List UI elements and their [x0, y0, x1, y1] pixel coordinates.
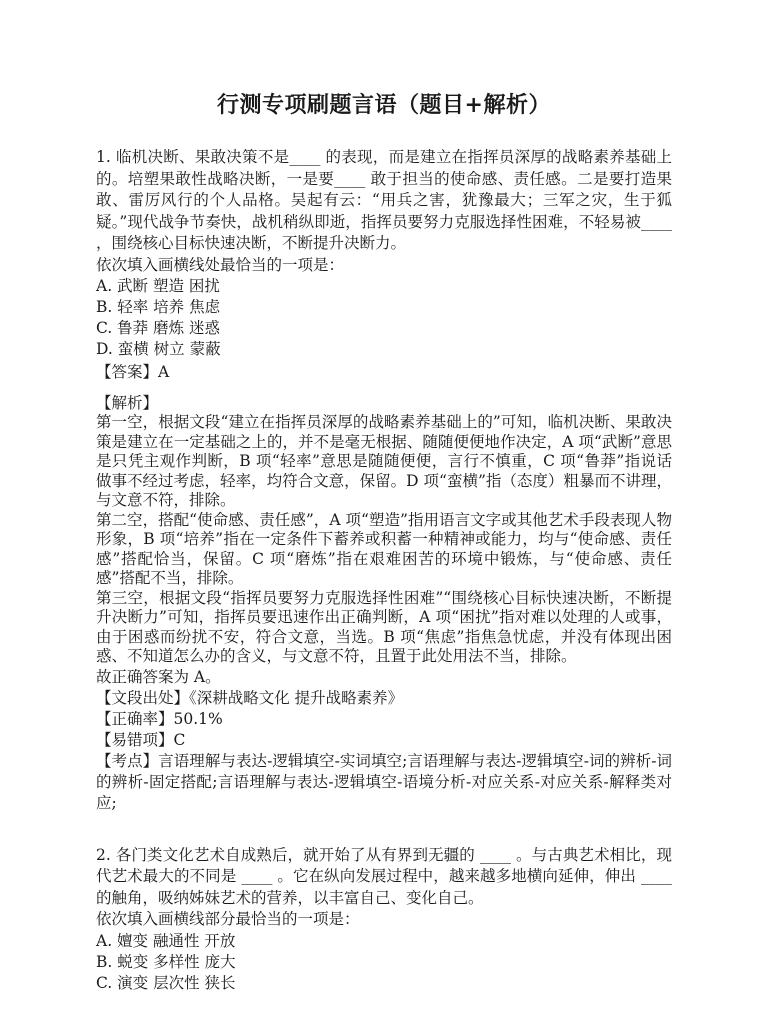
- question-1-answer: 【答案】A: [96, 362, 672, 384]
- analysis-paragraph-1: 第一空，根据文段“建立在指挥员深厚的战略素养基础上的”可知，临机决断、果敢决策是…: [96, 413, 672, 511]
- question-1-source: 【文段出处】《深耕战略文化 提升战略素养》: [96, 688, 672, 709]
- question-1-accuracy: 【正确率】50.1%: [96, 709, 672, 730]
- question-1-options: A. 武断 塑造 困扰 B. 轻率 培养 焦虑 C. 鲁莽 磨炼 迷惑 D. 蛮…: [96, 276, 672, 360]
- question-2-option-b: B. 蜕变 多样性 庞大: [96, 952, 672, 973]
- question-2: 2. 各门类文化艺术自成熟后，就开始了从有界到无疆的 ____ 。与古典艺术相比…: [96, 845, 672, 994]
- question-1: 1. 临机决断、果敢决策不是____ 的表现，而是建立在指挥员深厚的战略素养基础…: [96, 147, 672, 814]
- question-1-option-c: C. 鲁莽 磨炼 迷惑: [96, 318, 672, 339]
- question-2-options: A. 嬗变 融通性 开放 B. 蜕变 多样性 庞大 C. 演变 层次性 狭长: [96, 931, 672, 994]
- document-page: 行测专项刷题言语（题目+解析） 1. 临机决断、果敢决策不是____ 的表现，而…: [0, 0, 768, 1024]
- page-title: 行测专项刷题言语（题目+解析）: [96, 92, 672, 118]
- question-2-option-a: A. 嬗变 融通性 开放: [96, 931, 672, 952]
- analysis-label: 【解析】: [96, 394, 672, 414]
- question-1-option-a: A. 武断 塑造 困扰: [96, 276, 672, 297]
- analysis-paragraph-2: 第二空，搭配“使命感、责任感”，A 项“塑造”指用语言文字或其他艺术手段表现人物…: [96, 511, 672, 589]
- question-1-prompt: 依次填入画横线处最恰当的一项是：: [96, 255, 672, 277]
- question-1-option-d: D. 蛮横 树立 蒙蔽: [96, 339, 672, 360]
- question-2-stem: 2. 各门类文化艺术自成熟后，就开始了从有界到无疆的 ____ 。与古典艺术相比…: [96, 845, 672, 910]
- question-2-prompt: 依次填入画横线部分最恰当的一项是：: [96, 909, 672, 931]
- question-1-confusable: 【易错项】C: [96, 730, 672, 751]
- question-1-analysis: 【解析】 第一空，根据文段“建立在指挥员深厚的战略素养基础上的”可知，临机决断、…: [96, 394, 672, 667]
- question-2-option-c: C. 演变 层次性 狭长: [96, 973, 672, 994]
- question-1-keypoints: 【考点】言语理解与表达-逻辑填空-实词填空;言语理解与表达-逻辑填空-词的辨析-…: [96, 751, 672, 814]
- analysis-paragraph-3: 第三空，根据文段“指挥员要努力克服选择性困难”“围绕核心目标快速决断，不断提升决…: [96, 589, 672, 667]
- question-1-option-b: B. 轻率 培养 焦虑: [96, 297, 672, 318]
- question-1-stem: 1. 临机决断、果敢决策不是____ 的表现，而是建立在指挥员深厚的战略素养基础…: [96, 147, 672, 255]
- question-1-conclusion: 故正确答案为 A。: [96, 667, 672, 688]
